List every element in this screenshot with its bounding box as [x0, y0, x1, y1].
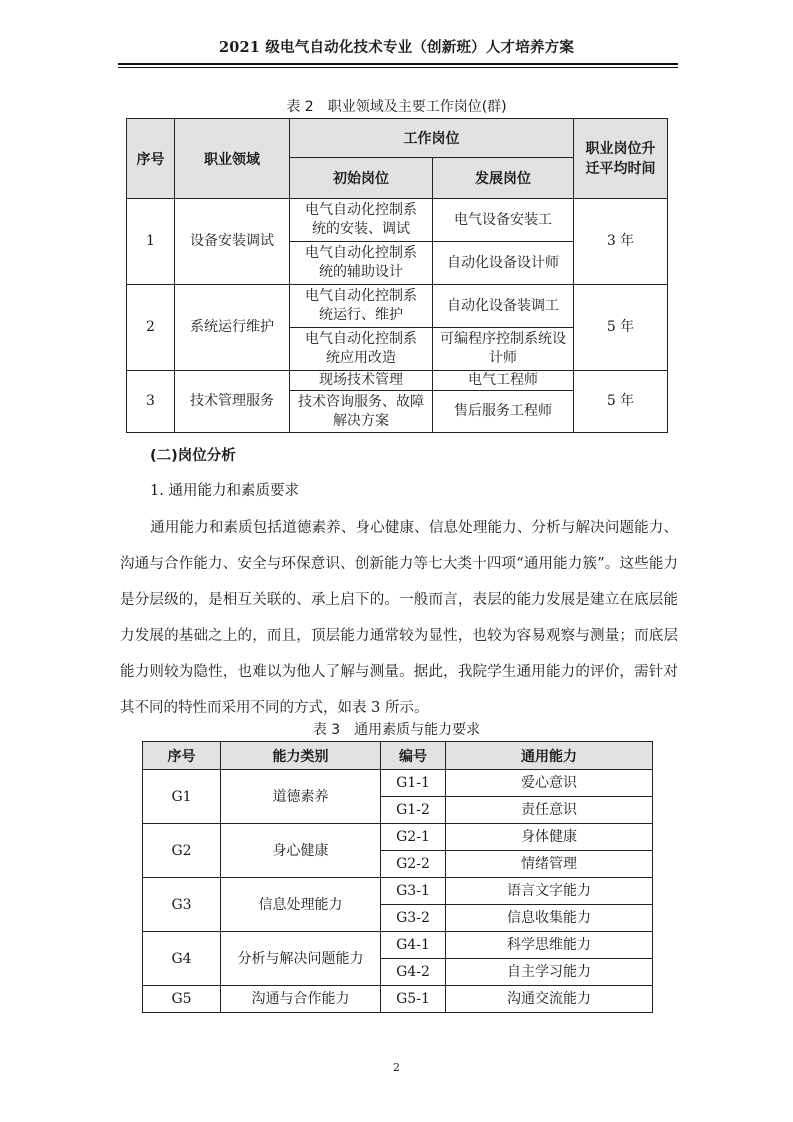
sub-heading: 1. 通用能力和素质要求	[150, 479, 299, 500]
header-development-position: 发展岗位	[433, 158, 574, 199]
cell-code: G3-2	[381, 905, 446, 932]
cell-time: 3 年	[574, 199, 668, 285]
cell-code: G2-2	[381, 851, 446, 878]
cell-seq: 1	[127, 199, 175, 285]
header-rule-thick	[118, 63, 678, 65]
cell-initial: 电气自动化控制系统的辅助设计	[290, 242, 433, 285]
table-general-abilities: 序号 能力类别 编号 通用能力 G1 道德素养 G1-1 爱心意识 G1-2 责…	[142, 741, 653, 1013]
table2-caption-number: 表 2	[286, 99, 313, 115]
cell-initial: 电气自动化控制系统运行、维护	[290, 285, 433, 328]
cell-seq: G2	[143, 824, 221, 878]
table3-caption-text: 通用素质与能力要求	[354, 722, 480, 738]
cell-code: G1-1	[381, 770, 446, 797]
cell-code: G3-1	[381, 878, 446, 905]
table2-caption: 表 2职业领域及主要工作岗位(群)	[0, 96, 793, 116]
header-field: 职业领域	[175, 119, 290, 199]
table-row: G5 沟通与合作能力 G5-1 沟通交流能力	[143, 986, 653, 1013]
cell-ability: 信息收集能力	[446, 905, 653, 932]
table-row: G1 道德素养 G1-1 爱心意识	[143, 770, 653, 797]
cell-category: 道德素养	[221, 770, 381, 824]
header-rule-thin	[118, 67, 678, 68]
section-heading: (二)岗位分析	[150, 444, 236, 465]
table-row: 1 设备安装调试 电气自动化控制系统的安装、调试 电气设备安装工 3 年	[127, 199, 668, 242]
cell-ability: 科学思维能力	[446, 932, 653, 959]
header-seq: 序号	[143, 742, 221, 770]
cell-ability: 情绪管理	[446, 851, 653, 878]
cell-seq: G1	[143, 770, 221, 824]
cell-ability: 责任意识	[446, 797, 653, 824]
cell-ability: 爱心意识	[446, 770, 653, 797]
cell-code: G5-1	[381, 986, 446, 1013]
cell-development: 售后服务工程师	[433, 391, 574, 433]
table-row: G4 分析与解决问题能力 G4-1 科学思维能力	[143, 932, 653, 959]
cell-initial: 现场技术管理	[290, 371, 433, 391]
header-ability: 通用能力	[446, 742, 653, 770]
cell-code: G1-2	[381, 797, 446, 824]
cell-ability: 身体健康	[446, 824, 653, 851]
header-initial-position: 初始岗位	[290, 158, 433, 199]
cell-seq: G5	[143, 986, 221, 1013]
cell-ability: 语言文字能力	[446, 878, 653, 905]
cell-initial: 技术咨询服务、故障解决方案	[290, 391, 433, 433]
header-work-positions: 工作岗位	[290, 119, 574, 158]
cell-seq: 2	[127, 285, 175, 371]
cell-category: 信息处理能力	[221, 878, 381, 932]
cell-field: 技术管理服务	[175, 371, 290, 433]
cell-development: 电气工程师	[433, 371, 574, 391]
cell-development: 电气设备安装工	[433, 199, 574, 242]
cell-category: 分析与解决问题能力	[221, 932, 381, 986]
page-number: 2	[0, 1061, 793, 1074]
table3-caption-number: 表 3	[313, 722, 340, 738]
cell-development: 自动化设备装调工	[433, 285, 574, 328]
table-row: 3 技术管理服务 现场技术管理 电气工程师 5 年	[127, 371, 668, 391]
document-header-title: 2021 级电气自动化技术专业（创新班）人才培养方案	[0, 36, 793, 57]
cell-initial: 电气自动化控制系统应用改造	[290, 328, 433, 371]
header-code: 编号	[381, 742, 446, 770]
table-row: 2 系统运行维护 电气自动化控制系统运行、维护 自动化设备装调工 5 年	[127, 285, 668, 328]
cell-time: 5 年	[574, 371, 668, 433]
header-category: 能力类别	[221, 742, 381, 770]
cell-ability: 自主学习能力	[446, 959, 653, 986]
cell-time: 5 年	[574, 285, 668, 371]
cell-ability: 沟通交流能力	[446, 986, 653, 1013]
body-paragraph: 通用能力和素质包括道德素养、身心健康、信息处理能力、分析与解决问题能力、沟通与合…	[120, 510, 678, 726]
table2-caption-text: 职业领域及主要工作岗位(群)	[328, 99, 507, 115]
table-career-positions: 序号 职业领域 工作岗位 职业岗位升迁平均时间 初始岗位 发展岗位 1 设备安装…	[126, 118, 668, 433]
table3-caption: 表 3通用素质与能力要求	[0, 719, 793, 739]
cell-seq: 3	[127, 371, 175, 433]
cell-category: 沟通与合作能力	[221, 986, 381, 1013]
cell-seq: G4	[143, 932, 221, 986]
cell-code: G2-1	[381, 824, 446, 851]
cell-seq: G3	[143, 878, 221, 932]
cell-code: G4-2	[381, 959, 446, 986]
cell-initial: 电气自动化控制系统的安装、调试	[290, 199, 433, 242]
cell-development: 自动化设备设计师	[433, 242, 574, 285]
cell-category: 身心健康	[221, 824, 381, 878]
header-seq: 序号	[127, 119, 175, 199]
table-row: G2 身心健康 G2-1 身体健康	[143, 824, 653, 851]
cell-field: 设备安装调试	[175, 199, 290, 285]
table-row: G3 信息处理能力 G3-1 语言文字能力	[143, 878, 653, 905]
header-promotion-time: 职业岗位升迁平均时间	[574, 119, 668, 199]
cell-code: G4-1	[381, 932, 446, 959]
cell-development: 可编程序控制系统设计师	[433, 328, 574, 371]
cell-field: 系统运行维护	[175, 285, 290, 371]
paragraph-text: 通用能力和素质包括道德素养、身心健康、信息处理能力、分析与解决问题能力、沟通与合…	[120, 520, 678, 716]
